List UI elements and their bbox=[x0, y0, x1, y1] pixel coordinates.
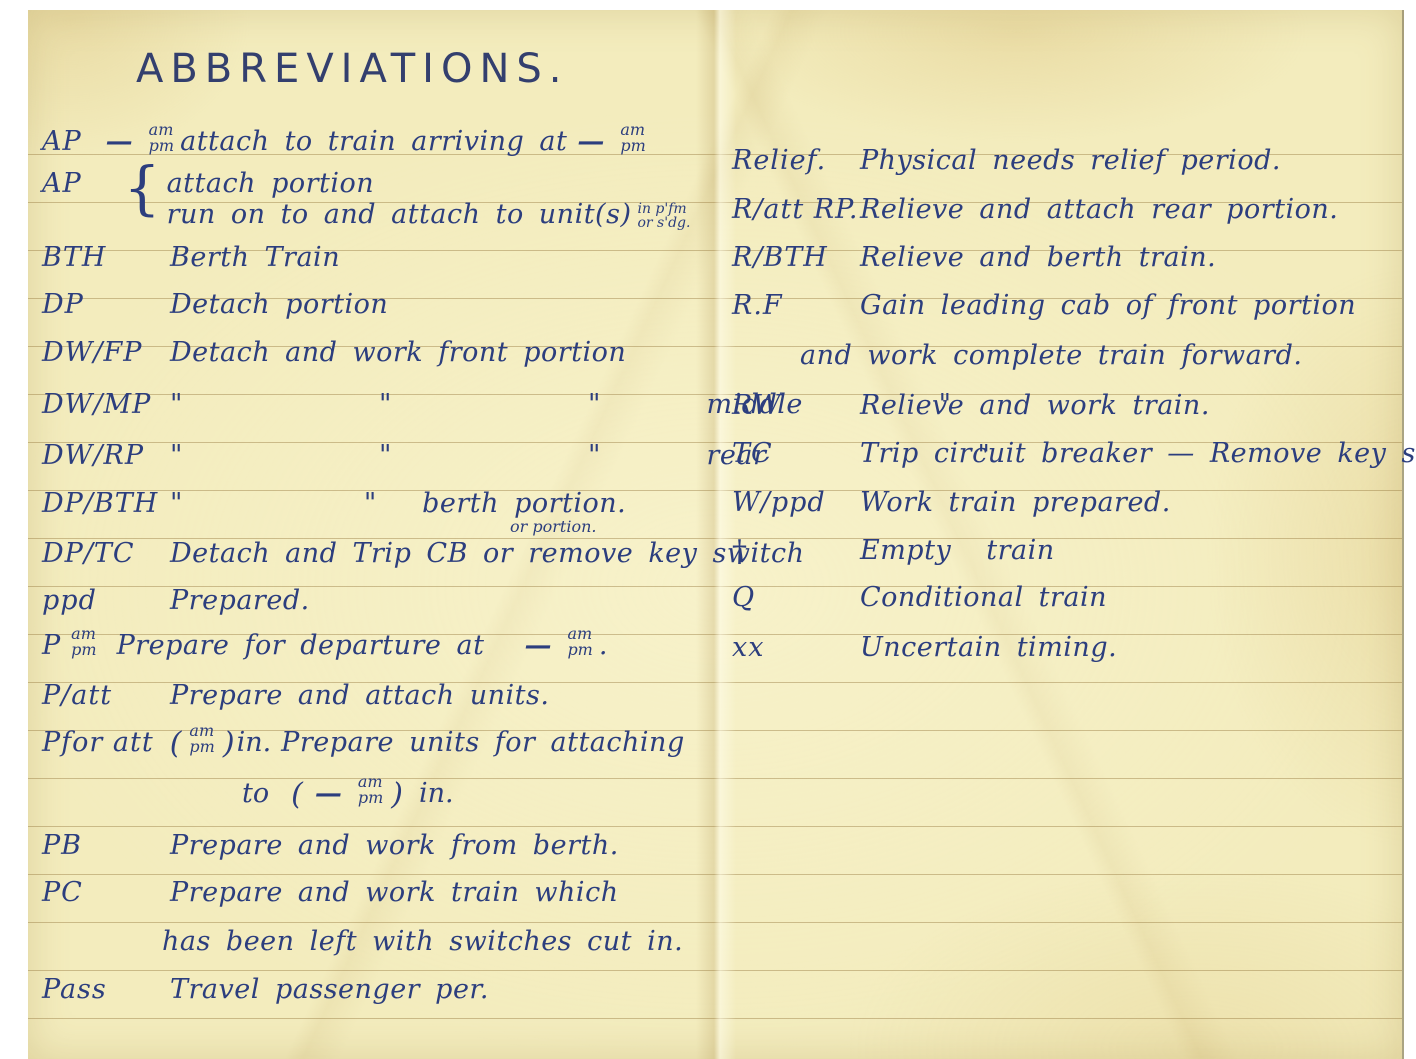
abbr-definition: Travel passenger per. bbox=[170, 974, 489, 1005]
abbr-definition: Relieve and berth train. bbox=[860, 242, 1216, 273]
abbr-row-ap-time: AP — ampm attach to train arriving at — … bbox=[42, 126, 652, 157]
abbr-definition: Berth Train bbox=[170, 242, 340, 273]
abbr-code: DP bbox=[42, 289, 170, 320]
to-label: to bbox=[242, 778, 269, 809]
handwritten-content: ABBREVIATIONS. AP — ampm attach to train… bbox=[0, 0, 1416, 1059]
time-dash: — bbox=[577, 126, 604, 157]
in-label: in. bbox=[237, 727, 272, 758]
abbr-row-pass: Pass Travel passenger per. bbox=[42, 974, 489, 1005]
abbr-definition: Trip circuit breaker — Remove key switch… bbox=[860, 438, 1416, 469]
pm-label: pm bbox=[71, 642, 96, 658]
abbr-row-ppd: ppd Prepared. bbox=[42, 585, 310, 616]
abbr-code: DP/TC bbox=[42, 538, 170, 569]
abbr-definition: Gain leading cab of front portion bbox=[860, 290, 1356, 321]
abbr-row-dwfp: DW/FP Detach and work front portion bbox=[42, 337, 626, 368]
time-dash: — bbox=[315, 778, 342, 809]
abbr-code: R/BTH bbox=[732, 242, 860, 273]
abbr-row-tc: TC Trip circuit breaker — Remove key swi… bbox=[732, 438, 1416, 469]
abbr-definition: attach to train arriving at bbox=[180, 126, 567, 157]
am-pm-superscript: ampm bbox=[71, 626, 96, 658]
abbr-code: Relief. bbox=[732, 145, 860, 176]
sup-line1: in p'fm bbox=[637, 202, 690, 216]
abbr-code: ppd bbox=[42, 585, 170, 616]
abbr-definition-line1: attach portion bbox=[167, 168, 697, 199]
am-pm-superscript: ampm bbox=[189, 723, 214, 755]
time-dash: — bbox=[524, 630, 551, 661]
abbr-row-dp: DP Detach portion bbox=[42, 289, 388, 320]
am-pm-superscript: ampm bbox=[149, 122, 174, 154]
abbr-row-bth: BTH Berth Train bbox=[42, 242, 340, 273]
am-pm-superscript: ampm bbox=[358, 774, 383, 806]
abbr-definition: Prepare and work train which bbox=[170, 877, 619, 908]
time-dash: — bbox=[106, 126, 133, 157]
abbr-row-patt: P/att Prepare and attach units. bbox=[42, 680, 549, 711]
pm-label: pm bbox=[149, 138, 174, 154]
platform-siding-superscript: in p'fmor s'dg. bbox=[637, 202, 690, 230]
abbr-row-pc: PC Prepare and work train which bbox=[42, 877, 619, 908]
abbr-code: RW bbox=[732, 390, 860, 421]
abbr-code: R.F bbox=[732, 290, 860, 321]
abbr-definition: Detach and Trip CB or remove key switch bbox=[170, 538, 804, 569]
sup-line2: or s'dg. bbox=[637, 216, 690, 230]
abbr-row-rf: R.F Gain leading cab of front portion bbox=[732, 290, 1356, 321]
open-paren: ( bbox=[291, 778, 303, 813]
abbr-row-pc-cont: has been left with switches cut in. bbox=[162, 926, 683, 957]
definition-continuation: has been left with switches cut in. bbox=[162, 926, 683, 957]
am-pm-superscript: ampm bbox=[620, 122, 645, 154]
abbr-definition: Prepare for departure at bbox=[117, 630, 485, 661]
abbr-definition: Work train prepared. bbox=[860, 487, 1171, 518]
close-paren: ) bbox=[223, 727, 235, 762]
abbr-code: Pfor att bbox=[42, 727, 154, 758]
abbr-definition: Uncertain timing. bbox=[860, 632, 1117, 663]
abbr-code: DW/MP bbox=[42, 389, 170, 420]
definition-continuation: and work complete train forward. bbox=[800, 340, 1302, 371]
abbr-row-dptc: DP/TC Detach and Trip CB or remove key s… bbox=[42, 538, 804, 569]
abbr-code: DW/FP bbox=[42, 337, 170, 368]
abbr-definition-ditto: " " berth portion. bbox=[170, 488, 626, 519]
abbr-row-dpbth: DP/BTH " " berth portion. bbox=[42, 488, 626, 519]
abbr-row-wppd: W/ppd Work train prepared. bbox=[732, 487, 1171, 518]
abbr-code: TC bbox=[732, 438, 860, 469]
abbr-row-rbth: R/BTH Relieve and berth train. bbox=[732, 242, 1216, 273]
abbr-definition: Physical needs relief period. bbox=[860, 145, 1281, 176]
abbr-definition: Detach portion bbox=[170, 289, 388, 320]
abbr-code: Q bbox=[732, 582, 860, 613]
abbr-code: PC bbox=[42, 877, 170, 908]
abbr-definition-group: attach portion run on to and attach to u… bbox=[167, 168, 697, 230]
abbr-row-pforatt-cont: to ( — ampm ) in. bbox=[242, 778, 454, 813]
abbr-definition-line2-wrap: run on to and attach to unit(s) in p'fmo… bbox=[167, 199, 697, 230]
abbr-definition: Relieve and work train. bbox=[860, 390, 1210, 421]
abbr-code: DW/RP bbox=[42, 440, 170, 471]
close-paren: ) bbox=[391, 778, 403, 813]
abbr-row-ratt: R/att RP. Relieve and attach rear portio… bbox=[732, 194, 1338, 225]
abbr-definition: Prepare and attach units. bbox=[170, 680, 549, 711]
abbr-code: DP/BTH bbox=[42, 488, 170, 519]
abbr-code: W/ppd bbox=[732, 487, 860, 518]
abbr-row-relief: Relief. Physical needs relief period. bbox=[732, 145, 1281, 176]
abbr-definition: Prepared. bbox=[170, 585, 310, 616]
abbr-code: R/att RP. bbox=[732, 194, 860, 225]
abbr-code: BTH bbox=[42, 242, 170, 273]
abbr-definition: Prepare units for attaching bbox=[281, 727, 685, 758]
or-portion-superscript: or portion. bbox=[510, 518, 596, 536]
abbr-code: P/att bbox=[42, 680, 170, 711]
abbr-row-xx: xx Uncertain timing. bbox=[732, 632, 1117, 663]
abbr-definition: Relieve and attach rear portion. bbox=[860, 194, 1338, 225]
abbr-definition-line2: run on to and attach to unit(s) bbox=[167, 199, 632, 230]
open-paren: ( bbox=[170, 727, 182, 762]
abbr-definition: Empty train bbox=[860, 535, 1055, 566]
abbr-code: PB bbox=[42, 830, 170, 861]
abbr-definition: Detach and work front portion bbox=[170, 337, 626, 368]
abbr-row-empty-train: † Empty train bbox=[732, 535, 1055, 570]
pm-label: pm bbox=[620, 138, 645, 154]
abbr-row-pb: PB Prepare and work from berth. bbox=[42, 830, 619, 861]
abbr-row-rf-cont: and work complete train forward. bbox=[800, 340, 1302, 371]
abbr-definition: Conditional train bbox=[860, 582, 1107, 613]
page-title: ABBREVIATIONS. bbox=[136, 46, 568, 92]
abbr-code: xx bbox=[732, 632, 860, 663]
abbr-row-q: Q Conditional train bbox=[732, 582, 1107, 613]
brace-glyph: { bbox=[124, 162, 161, 214]
abbr-code: P bbox=[42, 630, 61, 661]
am-pm-superscript: ampm bbox=[567, 626, 592, 658]
pm-label: pm bbox=[358, 790, 383, 806]
pm-label: pm bbox=[567, 642, 592, 658]
sentence-period: . bbox=[599, 630, 608, 661]
abbr-definition: Prepare and work from berth. bbox=[170, 830, 619, 861]
abbr-row-pforatt: Pfor att ( ampm ) in. Prepare units for … bbox=[42, 727, 685, 762]
pm-label: pm bbox=[189, 739, 214, 755]
abbr-row-p-time: P ampm Prepare for departure at — ampm . bbox=[42, 630, 607, 661]
abbr-code: AP bbox=[42, 126, 82, 157]
abbr-row-rw: RW Relieve and work train. bbox=[732, 390, 1210, 421]
in-label: in. bbox=[419, 778, 454, 809]
abbr-row-ap-portion: AP { attach portion run on to and attach… bbox=[42, 168, 696, 230]
abbr-code: AP bbox=[42, 168, 82, 199]
abbr-code: Pass bbox=[42, 974, 170, 1005]
dagger-cross-symbol: † bbox=[732, 535, 860, 570]
